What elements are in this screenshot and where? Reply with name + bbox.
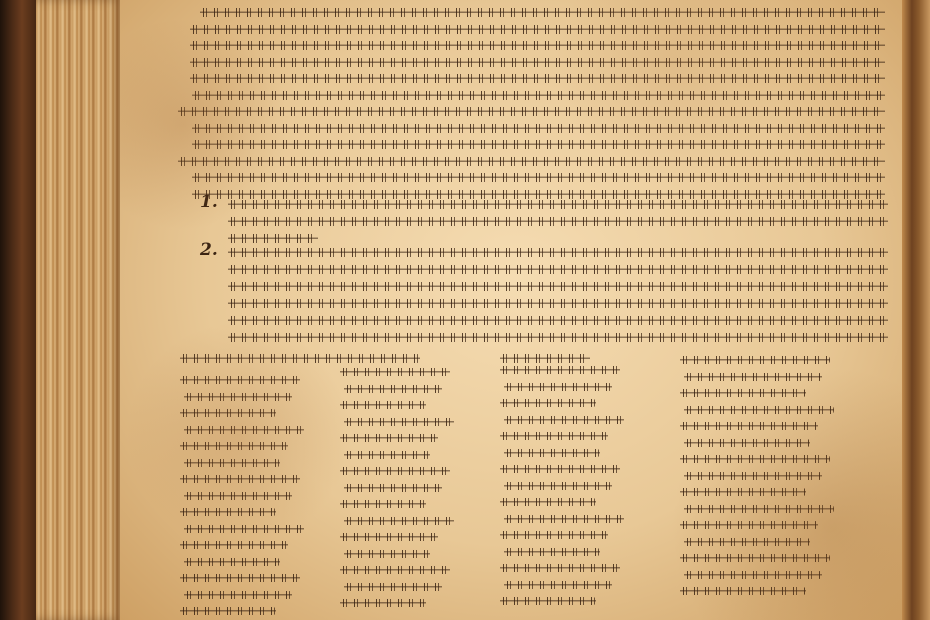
list-entry-name <box>344 381 442 397</box>
list-entry-name <box>180 405 276 421</box>
book-cover-spine <box>0 0 40 620</box>
handwriting-stroke <box>680 422 818 430</box>
handwriting-stroke <box>340 566 450 574</box>
handwriting-stroke <box>500 465 620 473</box>
list-entry-name <box>184 554 280 570</box>
handwriting-stroke <box>500 432 608 440</box>
handwriting-stroke <box>192 91 885 100</box>
handwriting-stroke <box>344 517 454 525</box>
page-edges <box>36 0 122 620</box>
handwriting-stroke <box>504 482 612 490</box>
handwriting-stroke <box>500 399 596 407</box>
list-entry-name <box>344 414 454 430</box>
handwriting-stroke <box>340 533 438 541</box>
handwriting-stroke <box>684 538 810 546</box>
list-entry-name <box>680 385 806 401</box>
handwriting-stroke <box>228 333 888 342</box>
handwriting-stroke <box>340 467 450 475</box>
handwriting-stroke <box>500 597 596 605</box>
handwriting-stroke <box>500 498 596 506</box>
handwriting-stroke <box>684 571 822 579</box>
list-entry-name <box>340 562 450 578</box>
list-entry-name <box>680 517 818 533</box>
manuscript-page: 1.2. <box>120 0 910 620</box>
handwriting-stroke <box>180 409 276 417</box>
handwriting-stroke <box>680 389 806 397</box>
list-entry-name <box>500 428 608 444</box>
handwriting-stroke <box>180 354 420 363</box>
handwriting-stroke <box>344 484 442 492</box>
list-entry-name <box>344 447 430 463</box>
list-entry-name <box>684 435 810 451</box>
handwriting-stroke <box>504 383 612 391</box>
list-entry-name <box>504 511 624 527</box>
handwriting-stroke <box>190 58 885 67</box>
book-gutter <box>902 0 930 620</box>
handwriting-stroke <box>184 525 304 533</box>
list-entry-name <box>684 567 822 583</box>
body-text-line <box>178 103 885 119</box>
manuscript-photo: 1.2. <box>0 0 930 620</box>
list-entry-name <box>500 494 596 510</box>
list-entry-name <box>684 402 834 418</box>
handwriting-stroke <box>504 581 612 589</box>
handwriting-stroke <box>228 234 318 243</box>
list-entry-name <box>500 395 596 411</box>
body-text-line <box>190 70 885 86</box>
list-entry-name <box>340 364 450 380</box>
list-entry-name <box>680 583 806 599</box>
list-entry-name <box>500 527 608 543</box>
handwriting-stroke <box>680 356 830 364</box>
body-text-line <box>192 120 885 136</box>
list-entry-name <box>180 537 288 553</box>
body-text-line <box>200 4 885 20</box>
handwriting-stroke <box>228 282 888 291</box>
handwriting-stroke <box>178 157 885 166</box>
list-entry-name <box>180 603 276 619</box>
list-entry-name <box>340 496 426 512</box>
list-entry-name <box>180 570 300 586</box>
list-entry-name <box>340 529 438 545</box>
paragraph-2-line <box>228 295 888 311</box>
handwriting-stroke <box>200 8 885 17</box>
list-entry-name <box>504 445 600 461</box>
list-entry-name <box>180 471 300 487</box>
list-entry-name <box>504 544 600 560</box>
handwriting-stroke <box>504 515 624 523</box>
list-entry-name <box>344 546 430 562</box>
list-entry-name <box>504 577 612 593</box>
body-text-line <box>192 87 885 103</box>
list-entry-name <box>504 379 612 395</box>
body-text-line <box>190 21 885 37</box>
list-entry-name <box>184 422 304 438</box>
handwriting-stroke <box>340 500 426 508</box>
handwriting-stroke <box>228 265 888 274</box>
handwriting-stroke <box>340 599 426 607</box>
handwriting-stroke <box>504 449 600 457</box>
handwriting-stroke <box>180 376 300 384</box>
handwriting-stroke <box>228 248 888 257</box>
handwriting-stroke <box>184 558 280 566</box>
list-entry-name <box>680 451 830 467</box>
list-entry-name <box>184 521 304 537</box>
handwriting-stroke <box>680 521 818 529</box>
body-text-line <box>190 54 885 70</box>
handwriting-stroke <box>504 548 600 556</box>
handwriting-stroke <box>184 591 292 599</box>
handwriting-stroke <box>684 439 810 447</box>
handwriting-stroke <box>180 475 300 483</box>
list-entry-name <box>504 412 624 428</box>
handwriting-stroke <box>340 368 450 376</box>
list-entry-name <box>500 461 620 477</box>
list-entry-name <box>684 534 810 550</box>
body-text-line <box>192 136 885 152</box>
handwriting-stroke <box>680 554 830 562</box>
handwriting-stroke <box>340 401 426 409</box>
list-entry-name <box>340 463 450 479</box>
list-entry-name <box>684 501 834 517</box>
list-entry-name <box>680 550 830 566</box>
list-entry-name <box>680 352 830 368</box>
handwriting-stroke <box>344 583 442 591</box>
handwriting-stroke <box>228 217 888 226</box>
handwriting-stroke <box>180 541 288 549</box>
list-entry-name <box>344 513 454 529</box>
handwriting-stroke <box>500 366 620 374</box>
list-entry-name <box>340 595 426 611</box>
list-entry-name <box>184 389 292 405</box>
list-entry-name <box>184 455 280 471</box>
handwriting-stroke <box>680 587 806 595</box>
handwriting-stroke <box>190 25 885 34</box>
handwriting-stroke <box>344 418 454 426</box>
list-entry-name <box>340 430 438 446</box>
handwriting-stroke <box>228 316 888 325</box>
handwriting-stroke <box>190 41 885 50</box>
handwriting-stroke <box>184 459 280 467</box>
list-entry-name <box>504 478 612 494</box>
handwriting-stroke <box>184 426 304 434</box>
handwriting-stroke <box>344 385 442 393</box>
handwriting-stroke <box>684 505 834 513</box>
paragraph-number-1: 1. <box>200 192 218 212</box>
paragraph-2-line <box>228 312 888 328</box>
list-entry-name <box>180 504 276 520</box>
paragraph-1-line <box>228 196 888 212</box>
body-text-line <box>190 37 885 53</box>
handwriting-stroke <box>184 393 292 401</box>
handwriting-stroke <box>500 564 620 572</box>
list-entry-name <box>500 560 620 576</box>
list-entry-name <box>180 372 300 388</box>
handwriting-stroke <box>504 416 624 424</box>
paragraph-2-line <box>228 261 888 277</box>
handwriting-stroke <box>184 492 292 500</box>
list-entry-name <box>680 418 818 434</box>
list-entry-name <box>500 593 596 609</box>
handwriting-stroke <box>344 451 430 459</box>
paragraph-number-2: 2. <box>200 240 218 260</box>
body-text-line <box>178 153 885 169</box>
handwriting-stroke <box>192 140 885 149</box>
paragraph-2-line <box>228 278 888 294</box>
list-entry-name <box>344 480 442 496</box>
handwriting-stroke <box>340 434 438 442</box>
paragraph-2-line <box>228 244 888 260</box>
handwriting-stroke <box>192 173 885 182</box>
handwriting-stroke <box>680 455 830 463</box>
handwriting-stroke <box>684 406 834 414</box>
list-entry-name <box>344 579 442 595</box>
handwriting-stroke <box>180 442 288 450</box>
list-entry-name <box>184 488 292 504</box>
handwriting-stroke <box>344 550 430 558</box>
handwriting-stroke <box>180 508 276 516</box>
handwriting-stroke <box>180 574 300 582</box>
paragraph-1-line <box>228 213 888 229</box>
list-entry-name <box>180 438 288 454</box>
paragraph-2-line <box>228 329 888 345</box>
list-entry-name <box>684 468 822 484</box>
handwriting-stroke <box>178 107 885 116</box>
handwriting-stroke <box>228 299 888 308</box>
list-entry-name <box>680 484 806 500</box>
body-text-line <box>192 169 885 185</box>
list-entry-name <box>340 397 426 413</box>
handwriting-stroke <box>500 531 608 539</box>
list-entry-name <box>684 369 822 385</box>
handwriting-stroke <box>228 200 888 209</box>
list-entry-name <box>500 362 620 378</box>
handwriting-stroke <box>192 124 885 133</box>
handwriting-stroke <box>684 373 822 381</box>
handwriting-stroke <box>180 607 276 615</box>
handwriting-stroke <box>684 472 822 480</box>
handwriting-stroke <box>190 74 885 83</box>
list-entry-name <box>184 587 292 603</box>
handwriting-stroke <box>680 488 806 496</box>
